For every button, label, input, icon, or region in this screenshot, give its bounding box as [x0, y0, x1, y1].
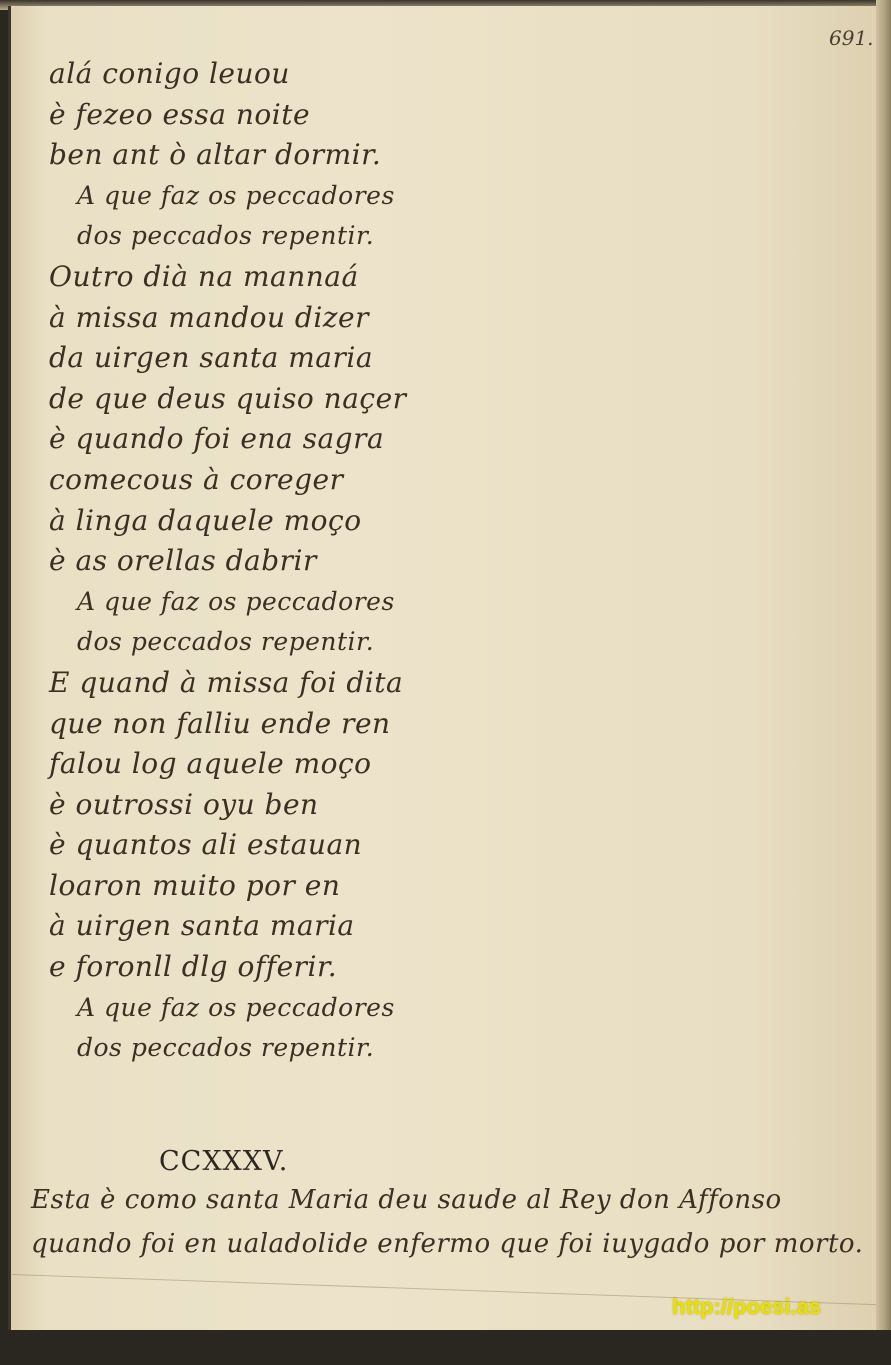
refrain-line: dos peccados repentir. [49, 216, 407, 257]
verse-block: alá conigo leuouè fezeo essa noiteben an… [49, 54, 407, 1069]
refrain-line: dos peccados repentir. [49, 622, 407, 663]
folio-number: 691. [829, 26, 874, 50]
verse-line: è as orellas dabrir [49, 541, 407, 582]
verse-line: alá conigo leuou [49, 54, 407, 95]
book-right-edge [876, 0, 891, 1330]
refrain-line: A que faz os peccadores [49, 582, 407, 623]
verse-line: è fezeo essa noite [49, 95, 407, 136]
verse-line: e foronll dlg offerir. [49, 947, 407, 988]
refrain-line: A que faz os peccadores [49, 988, 407, 1029]
verse-line: à linga daquele moço [49, 501, 407, 542]
verse-line: è quando foi ena sagra [49, 419, 407, 460]
manuscript-page: 691. alá conigo leuouè fezeo essa noiteb… [8, 6, 879, 1330]
verse-line: è outrossi oyu ben [49, 785, 407, 826]
verse-line: que non falliu ende ren [49, 704, 407, 745]
verse-line: E quand à missa foi dita [49, 663, 407, 704]
verse-line: comecous à coreger [49, 460, 407, 501]
verse-line: loaron muito por en [49, 866, 407, 907]
verse-line: Outro dià na mannaá [49, 257, 407, 298]
verse-line: falou log aquele moço [49, 744, 407, 785]
poem-number-heading: CCXXXV. [159, 1146, 288, 1177]
refrain-line: A que faz os peccadores [49, 176, 407, 217]
refrain-line: dos peccados repentir. [49, 1028, 407, 1069]
verse-line: à uirgen santa maria [49, 906, 407, 947]
rubric-line: quando foi en ualadolide enfermo que foi… [31, 1222, 863, 1266]
verse-line: à missa mandou dizer [49, 298, 407, 339]
watermark-link[interactable]: http://poesi.as [672, 1294, 821, 1320]
verse-line: è quantos ali estauan [49, 825, 407, 866]
verse-line: ben ant ò altar dormir. [49, 135, 407, 176]
rubric-line: Esta è como santa Maria deu saude al Rey… [31, 1178, 863, 1222]
rubric: Esta è como santa Maria deu saude al Rey… [31, 1178, 863, 1266]
verse-line: de que deus quiso naçer [49, 379, 407, 420]
verse-line: da uirgen santa maria [49, 338, 407, 379]
